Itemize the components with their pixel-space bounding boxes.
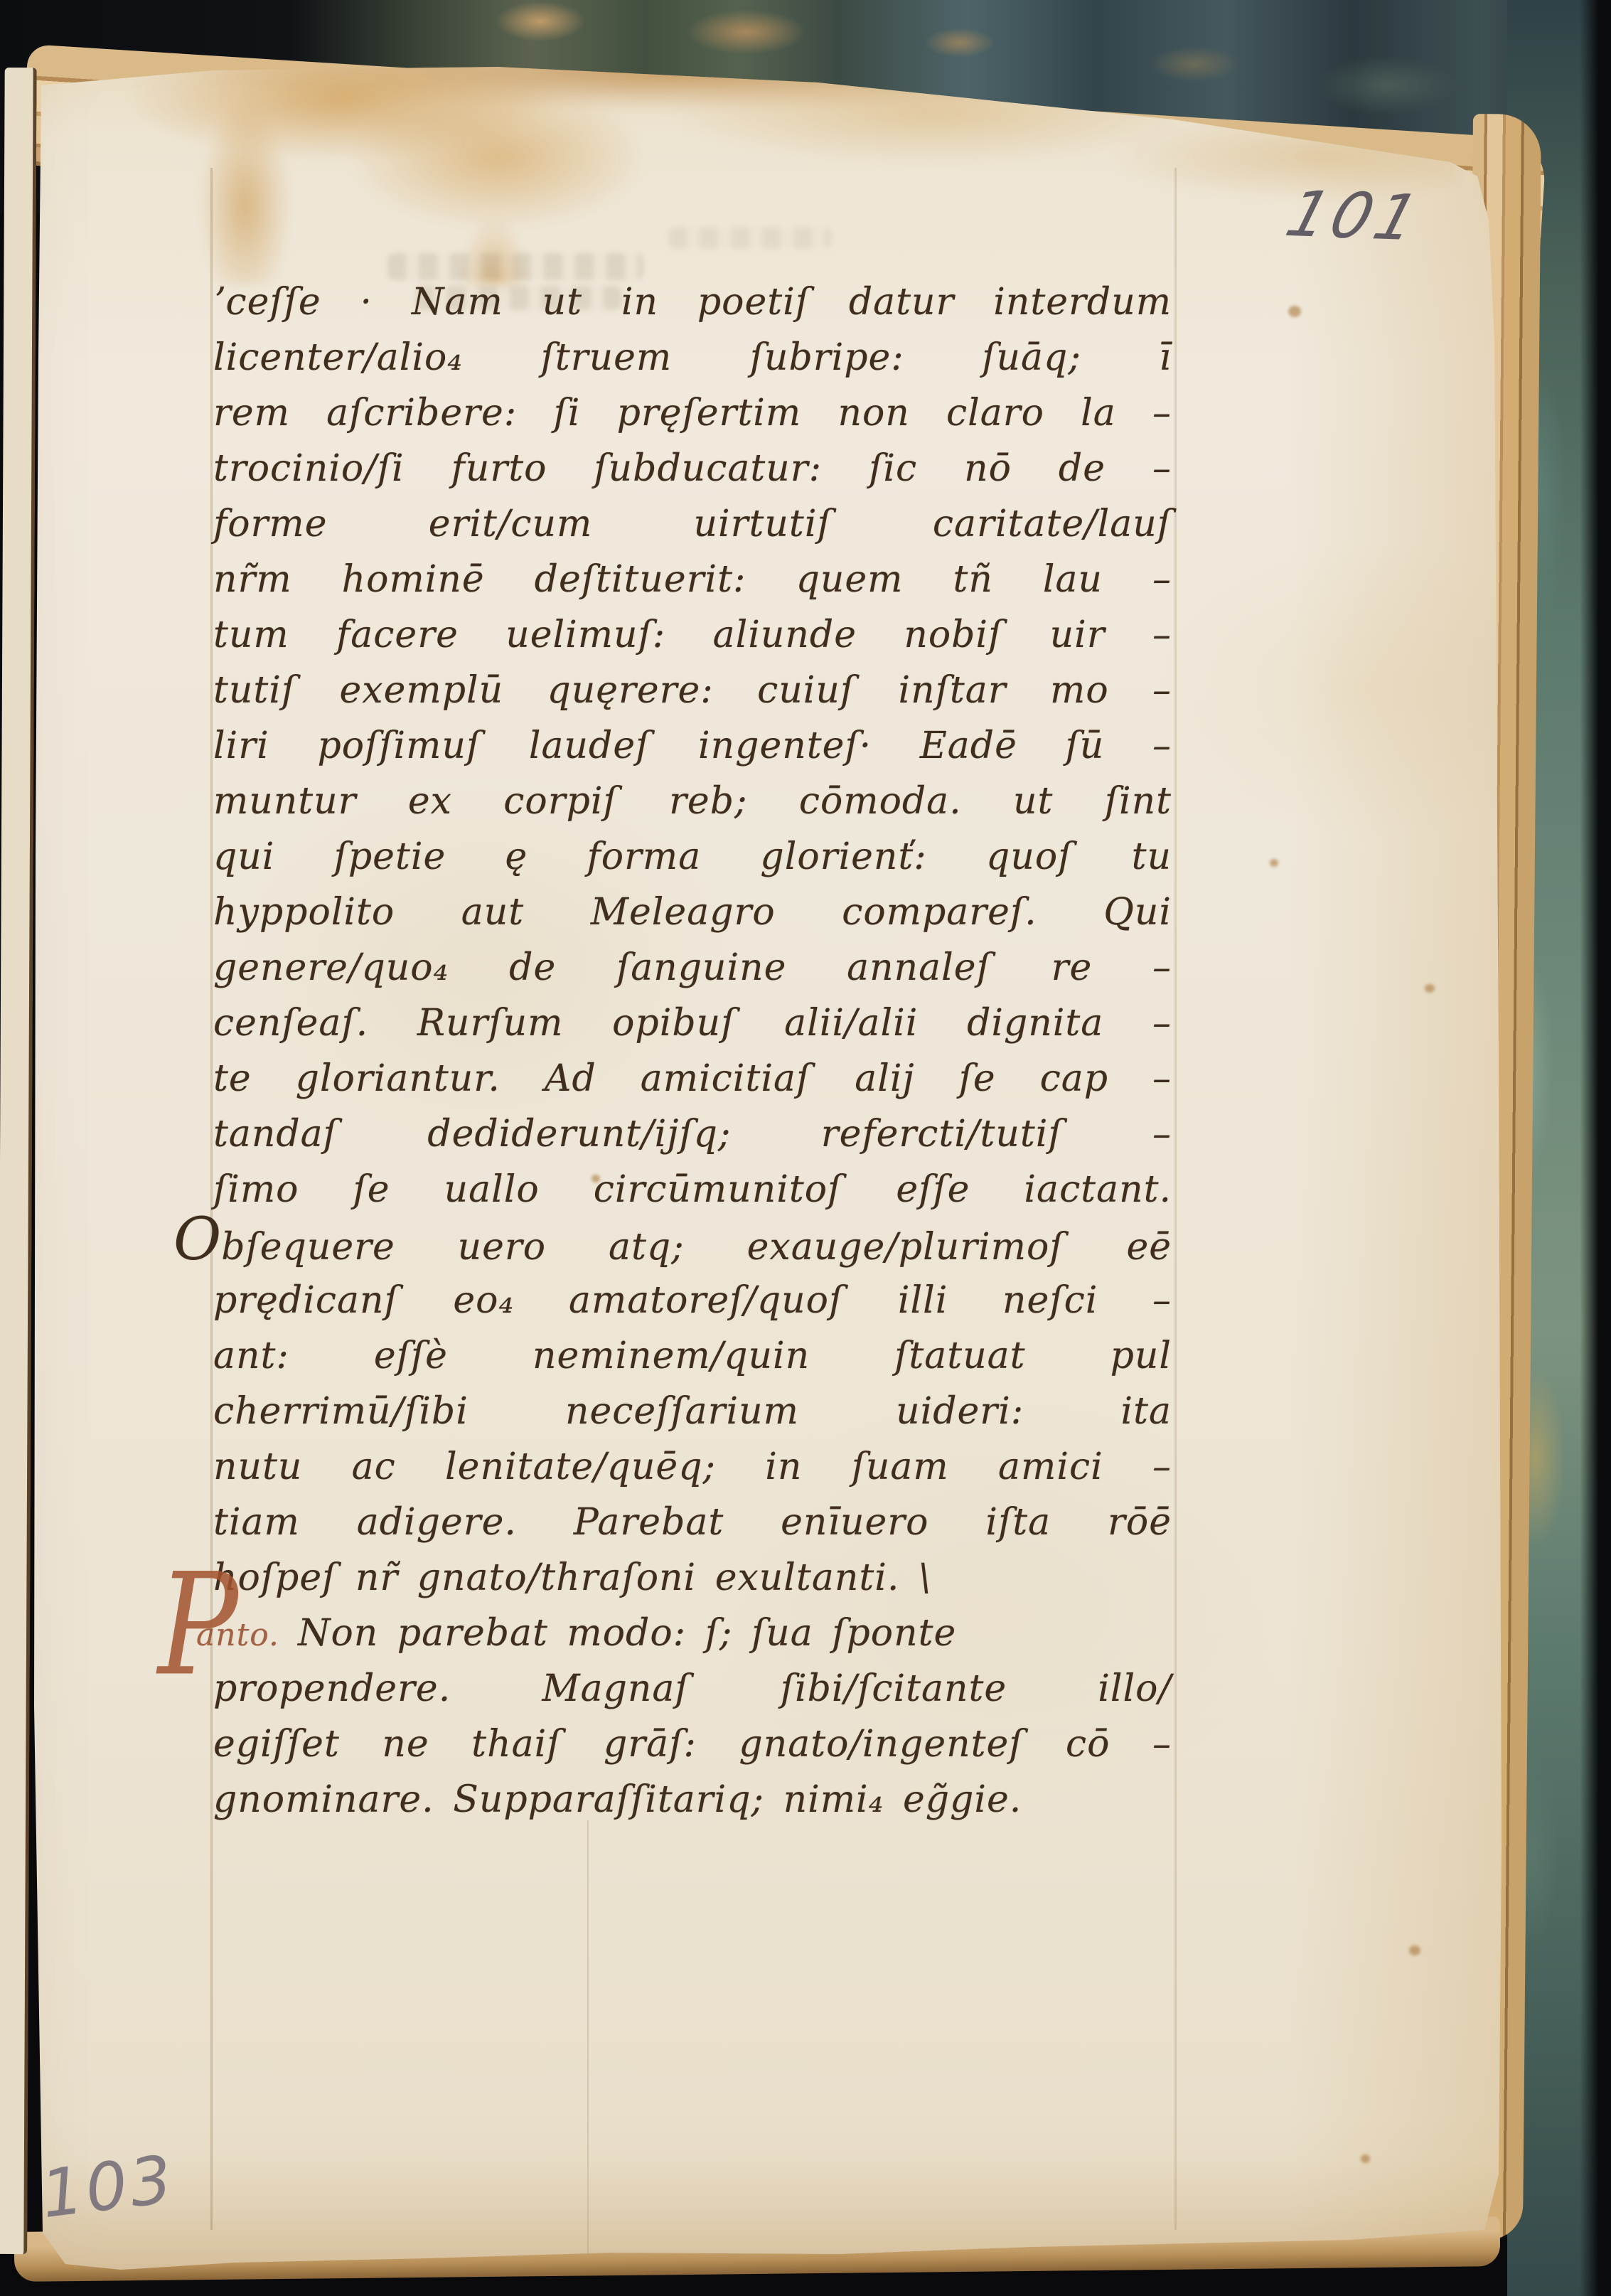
pencil-folio-number: 103 — [37, 2141, 178, 2233]
text-line: qui ſpetie ę forma glorienť: quoſ tu — [213, 835, 1172, 878]
text-line-with-rubric: anto.Non parebat modo: ſ; ſua ſponte — [196, 1612, 1155, 1655]
folio-number: 101 — [1278, 177, 1430, 255]
paper-crease — [587, 1820, 589, 2261]
show-through-text — [387, 253, 643, 280]
text-line: tandaſ dediderunt/ijſq; refercti/tutiſ – — [213, 1113, 1172, 1155]
text-line: te gloriantur. Ad amicitiaſ alij ſe cap … — [213, 1057, 1172, 1100]
foxing-spot — [1288, 306, 1301, 317]
text-line: propendere. Magnaſ ſibi/ſcitante illo/ — [213, 1667, 1172, 1710]
text-line: tum facere uelimuſ: aliunde nobiſ uir – — [213, 614, 1172, 656]
text-line: egiſſet ne thaiſ grāſ: gnato/ingenteſ cō… — [213, 1723, 1172, 1766]
text-line: ſimo ſe uallo circūmunitoſ eſſe iactant. — [213, 1168, 1172, 1211]
text-line: ant: eſſè neminem/quin ſtatuat pul — [213, 1335, 1172, 1377]
text-line: ʼceſſe · Nam ut in poetiſ datur interdum — [213, 281, 1172, 324]
foxing-spot — [1425, 984, 1435, 993]
text-line: rem aſcribere: ſi pręſertim non claro la… — [213, 392, 1172, 434]
text-line-paragraph-start: Obſequere uero atq; exauge/plurimoſ eē — [213, 1224, 1172, 1269]
text-line: trocinio/ſi furto ſubducatur: ſic nō de … — [213, 447, 1172, 490]
text-line: cherrimū/ſibi neceſſarium uideri: ita — [213, 1390, 1172, 1433]
text-line: liri poſſimuſ laudeſ ingenteſ· Eadē ſū – — [213, 725, 1172, 767]
text-line: genere/quo₄ de ſanguine annaleſ re – — [213, 946, 1172, 989]
foxing-spot — [1270, 859, 1278, 867]
text-line: tiam adigere. Parebat enīuero iſta rōē — [213, 1501, 1172, 1544]
ruling-line-right — [1174, 168, 1177, 2230]
text-line: prędicanſ eo₄ amatoreſ/quoſ illi neſci – — [213, 1279, 1172, 1322]
foxing-spot — [1409, 1945, 1420, 1955]
text-line: nutu ac lenitate/quēq; in ſuam amici – — [213, 1446, 1172, 1488]
text-line-body: Non parebat modo: ſ; ſua ſponte — [298, 1612, 956, 1655]
text-line: forme erit/cum uirtutiſ caritate/lauſ — [213, 503, 1172, 545]
text-line: muntur ex corpiſ reb; cōmoda. ut ſint — [213, 780, 1172, 823]
text-line: tutiſ exemplū quęrere: cuiuſ inſtar mo – — [213, 669, 1172, 712]
text-line: nr̃m hominē deſtituerit: quem tñ lau – — [213, 558, 1172, 601]
foxing-spot — [1361, 2154, 1370, 2163]
text-line: hoſpeſ nr̃ gnato/thraſoni exultanti. \ — [213, 1557, 1172, 1599]
previous-page-edge — [0, 68, 37, 2254]
text-line: gnominare. Supparaſſitariq; nimi₄ eg̃gie… — [213, 1778, 1172, 1821]
text-line: hyppolito aut Meleagro compareſ. Qui — [213, 891, 1172, 934]
rubric-speaker-label: anto. — [196, 1617, 279, 1653]
text-line: cenſeaſ. Rurſum opibuſ alii/alii dignita… — [213, 1002, 1172, 1045]
manuscript-page: 101 ʼceſſe · Nam ut in poetiſ datur inte… — [0, 0, 1611, 2296]
ruling-line-left — [210, 168, 213, 2230]
manuscript-photo: 101 ʼceſſe · Nam ut in poetiſ datur inte… — [0, 0, 1611, 2296]
show-through-text — [668, 228, 832, 249]
text-line: licenter/alio₄ ſtruem ſubripe: ſuāq; ī — [213, 336, 1172, 379]
